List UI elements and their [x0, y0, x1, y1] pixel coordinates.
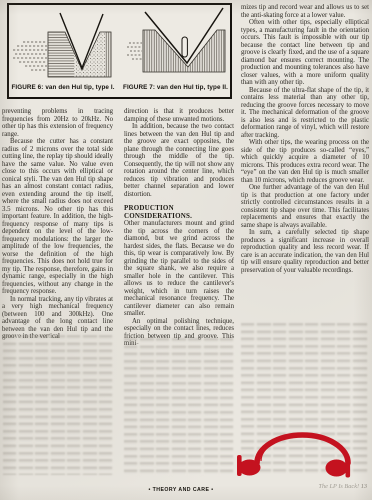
figure-6-diagram [13, 13, 111, 77]
headphones-logo [234, 430, 354, 482]
paragraph: In normal tracking, any tip vibrates at … [2, 296, 113, 341]
paragraph: preventing problems in tracing frequenci… [2, 108, 113, 138]
paragraph: Because of the ultra-flat shape of the t… [241, 87, 369, 140]
logo-headband [257, 435, 348, 463]
page-number: 13 [361, 483, 367, 490]
modulation-dashes [13, 42, 47, 70]
column-right: mizes tip and record wear and allows us … [241, 4, 369, 274]
publication-title: The LP Is Back! [318, 483, 359, 490]
column-left: preventing problems in tracing frequenci… [2, 108, 113, 341]
paragraph: In sum, a carefully selected tip shape p… [241, 229, 369, 274]
paragraph: One further advantage of the van den Hul… [241, 184, 369, 229]
figure-7-diagram [127, 8, 225, 72]
scanned-page: FIGURE 6: van den Hul tip, type I. FIGUR… [0, 0, 372, 500]
bleedthrough-text-middle [124, 338, 234, 476]
column-middle-top: direction is that it produces better dam… [124, 108, 234, 198]
paragraph: mizes tip and record wear and allows us … [241, 4, 369, 19]
figure-panel: FIGURE 6: van den Hul tip, type I. FIGUR… [7, 3, 232, 99]
paragraph: In addition, because the two contact lin… [124, 123, 234, 198]
logo-headband-inner-line [261, 436, 300, 461]
paragraph: Other manufacturers mount and grind the … [124, 220, 234, 318]
footer-section-label: • THEORY AND CARE • [110, 487, 252, 493]
paragraph: With other tips, the wearing process on … [241, 139, 369, 184]
stylus-diagrams [9, 5, 230, 81]
paragraph: direction is that it produces better dam… [124, 108, 234, 123]
paragraph: An optimal polishing technique, especial… [124, 318, 234, 348]
footer-publication: The LP Is Back! 13 [318, 483, 367, 490]
contact-line-capsule [182, 37, 187, 57]
bleedthrough-text-left [3, 335, 113, 475]
section-heading: PRODUCTION CONSIDERATIONS. [124, 205, 234, 220]
logo-right-stem [346, 456, 351, 478]
logo-right-earpiece [326, 460, 348, 477]
modulation-dashes [127, 43, 142, 59]
logo-left-earpiece [239, 460, 261, 476]
paragraph: Often with other tips, especially ellipt… [241, 19, 369, 87]
logo-left-stem [237, 455, 242, 476]
column-middle-bottom: Other manufacturers mount and grind the … [124, 220, 234, 348]
column-middle: direction is that it produces better dam… [124, 108, 234, 348]
paragraph: Because the cutter has a constant radius… [2, 138, 113, 296]
figure-6-caption: FIGURE 6: van den Hul tip, type I. [11, 84, 115, 91]
figure-7-caption: FIGURE 7: van den Hul tip, type II. [123, 84, 227, 91]
